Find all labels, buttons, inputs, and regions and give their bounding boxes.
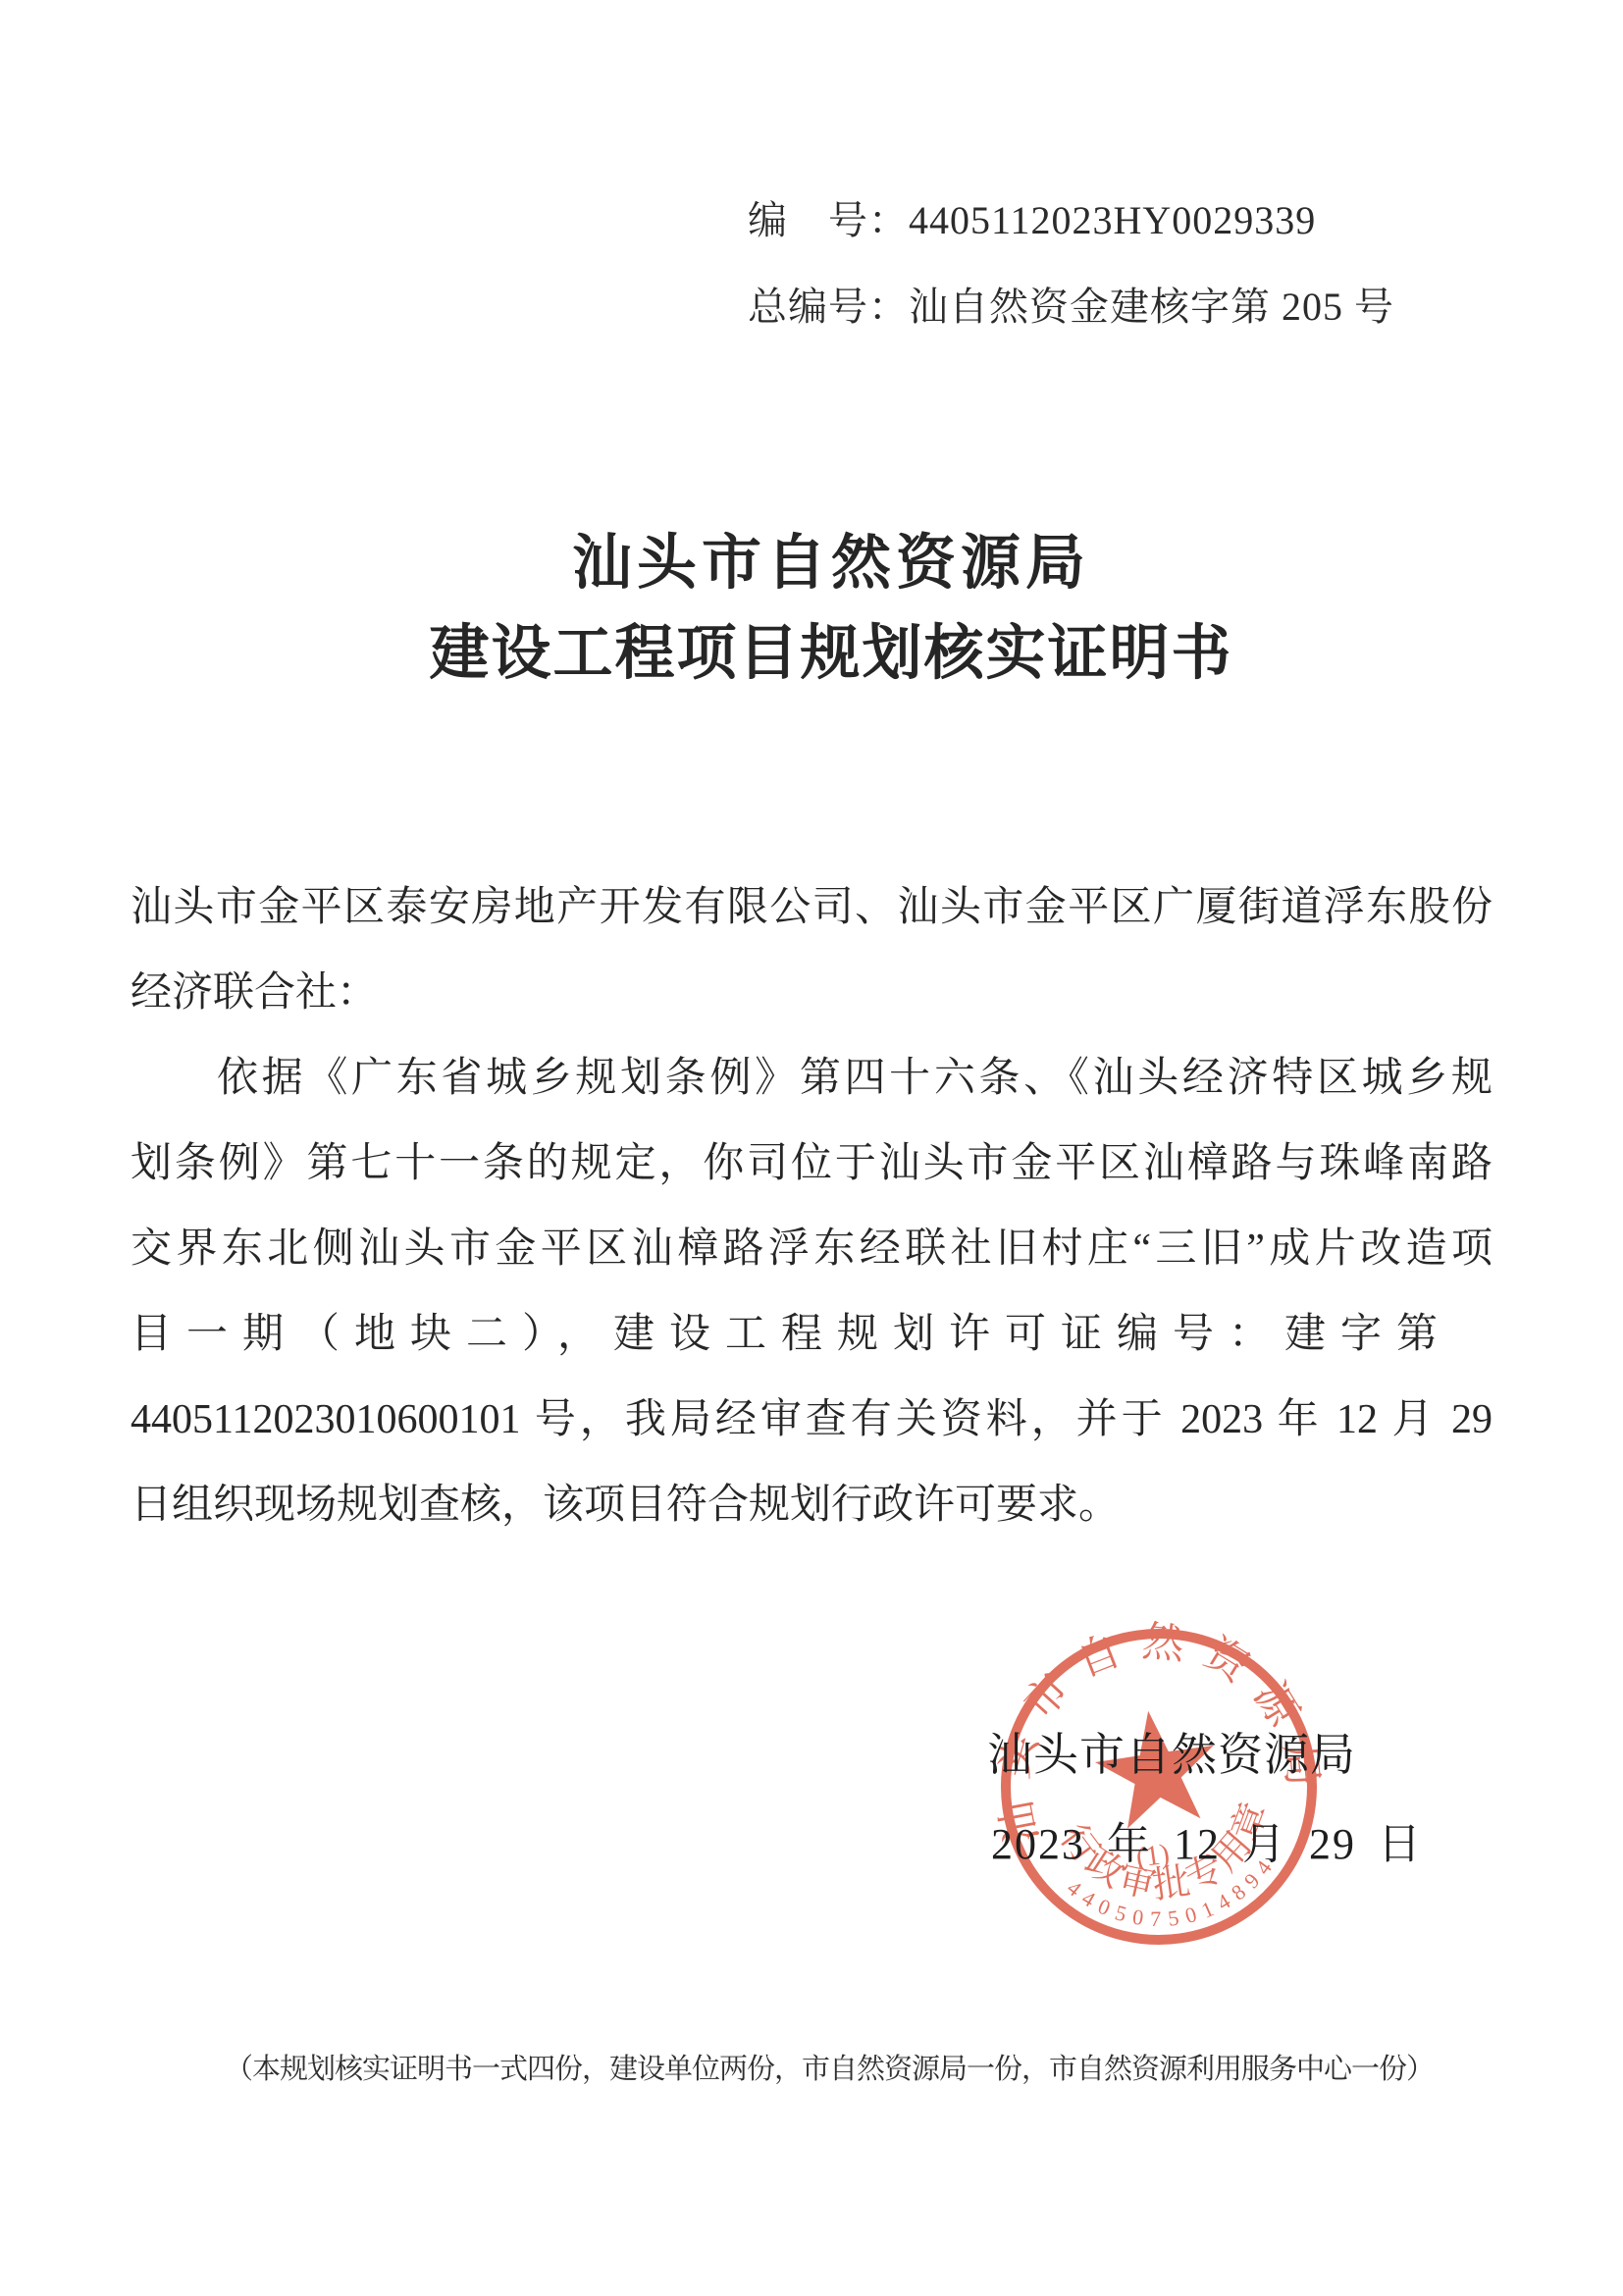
body-line: 日组织现场规划查核，该项目符合规划行政许可要求。 bbox=[131, 1463, 1492, 1548]
certificate-page: 编 号：4405112023HY0029339 总编号：汕自然资金建核字第 20… bbox=[0, 0, 1623, 2296]
body-line: 汕头市金平区泰安房地产开发有限公司、汕头市金平区广厦街道浮东股份 bbox=[131, 865, 1492, 951]
master-serial-value: 汕自然资金建核字第 205 号 bbox=[909, 285, 1394, 329]
signature-date: 2023 年 12 月 29 日 bbox=[991, 1808, 1423, 1871]
master-serial-label: 总编号： bbox=[748, 285, 909, 329]
body-line: 依据《广东省城乡规划条例》第四十六条、《汕头经济特区城乡规 bbox=[131, 1036, 1492, 1122]
official-seal: 汕头市自然资源局 行政审批专用章 4405075014894 (1) bbox=[989, 1617, 1329, 1957]
body-line: 4405112023010600101 号，我局经审查有关资料，并于 2023 … bbox=[131, 1378, 1492, 1463]
body-line: 交界东北侧汕头市金平区汕樟路浮东经联社旧村庄“三旧”成片改造项 bbox=[131, 1207, 1492, 1292]
body-line: 划条例》第七十一条的规定，你司位于汕头市金平区汕樟路与珠峰南路 bbox=[131, 1122, 1492, 1207]
footer-distribution-note: （本规划核实证明书一式四份，建设单位两份，市自然资源局一份，市自然资源利用服务中… bbox=[225, 2047, 1434, 2087]
signature-organization: 汕头市自然资源局 bbox=[987, 1719, 1356, 1784]
serial-number-label: 编 号： bbox=[748, 198, 909, 242]
master-serial-line: 总编号：汕自然资金建核字第 205 号 bbox=[748, 276, 1394, 332]
body-text: 汕头市金平区泰安房地产开发有限公司、汕头市金平区广厦街道浮东股份 经济联合社： … bbox=[131, 865, 1492, 1548]
body-line: 经济联合社： bbox=[131, 951, 1492, 1036]
title-issuer: 汕头市自然资源局 bbox=[20, 517, 1623, 607]
body-line: 目一期（地块二），建设工程规划许可证编号：建字第 bbox=[131, 1292, 1492, 1378]
document-title: 汕头市自然资源局 建设工程项目规划核实证明书 bbox=[20, 517, 1623, 698]
title-certificate-name: 建设工程项目规划核实证明书 bbox=[20, 607, 1623, 698]
serial-number-line: 编 号：4405112023HY0029339 bbox=[748, 189, 1316, 245]
serial-number-value: 4405112023HY0029339 bbox=[909, 198, 1316, 242]
